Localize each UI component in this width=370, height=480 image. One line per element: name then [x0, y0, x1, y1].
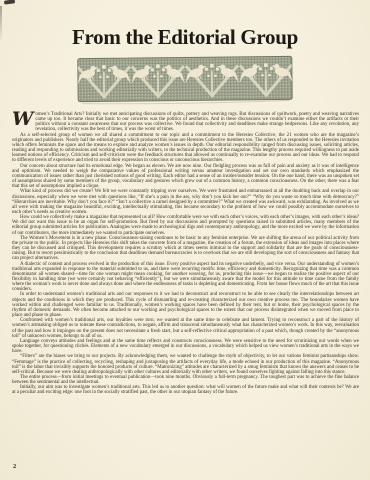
article-paragraph: Women’s Traditional Arts? Initially we m… — [12, 112, 359, 133]
magazine-page: From the Editorial Group — [0, 0, 370, 480]
article-paragraph: How could we collectively make a magazin… — [12, 215, 359, 236]
article-paragraph: A dialectic of content and process evolv… — [12, 262, 359, 293]
page-title: From the Editorial Group — [0, 25, 370, 50]
article-paragraph: Our concern about structure had its emot… — [12, 164, 359, 190]
article-paragraph: Language conveys attitudes and feelings … — [12, 339, 359, 354]
article-paragraph: What kind of process did we create? We f… — [12, 189, 359, 215]
article-paragraph: Confronted with women’s traditional arts… — [12, 318, 359, 339]
editorial-body: Women’s Traditional Arts? Initially we m… — [12, 112, 359, 396]
article-paragraph: The Women’s Movement is in a new phase. … — [12, 236, 359, 262]
article-paragraph: As a self-selected group of women we all… — [12, 133, 359, 164]
drop-cap: W — [12, 112, 35, 128]
article-paragraph: “Filters” are the biases we bring to our… — [12, 354, 359, 375]
lace-border-image — [77, 55, 293, 105]
article-paragraph: In order to understand women’s tradition… — [12, 292, 359, 318]
page-number: 2 — [13, 463, 16, 470]
article-paragraph: The entire process—from initial meetings… — [12, 375, 359, 385]
bird-lace-pattern-icon — [77, 55, 293, 105]
article-paragraph: Initially, our aim was to investigate wo… — [12, 385, 359, 395]
paragraph-text: omen’s Traditional Arts? Initially we me… — [35, 112, 359, 132]
scan-artifact-dash — [4, 0, 15, 5]
